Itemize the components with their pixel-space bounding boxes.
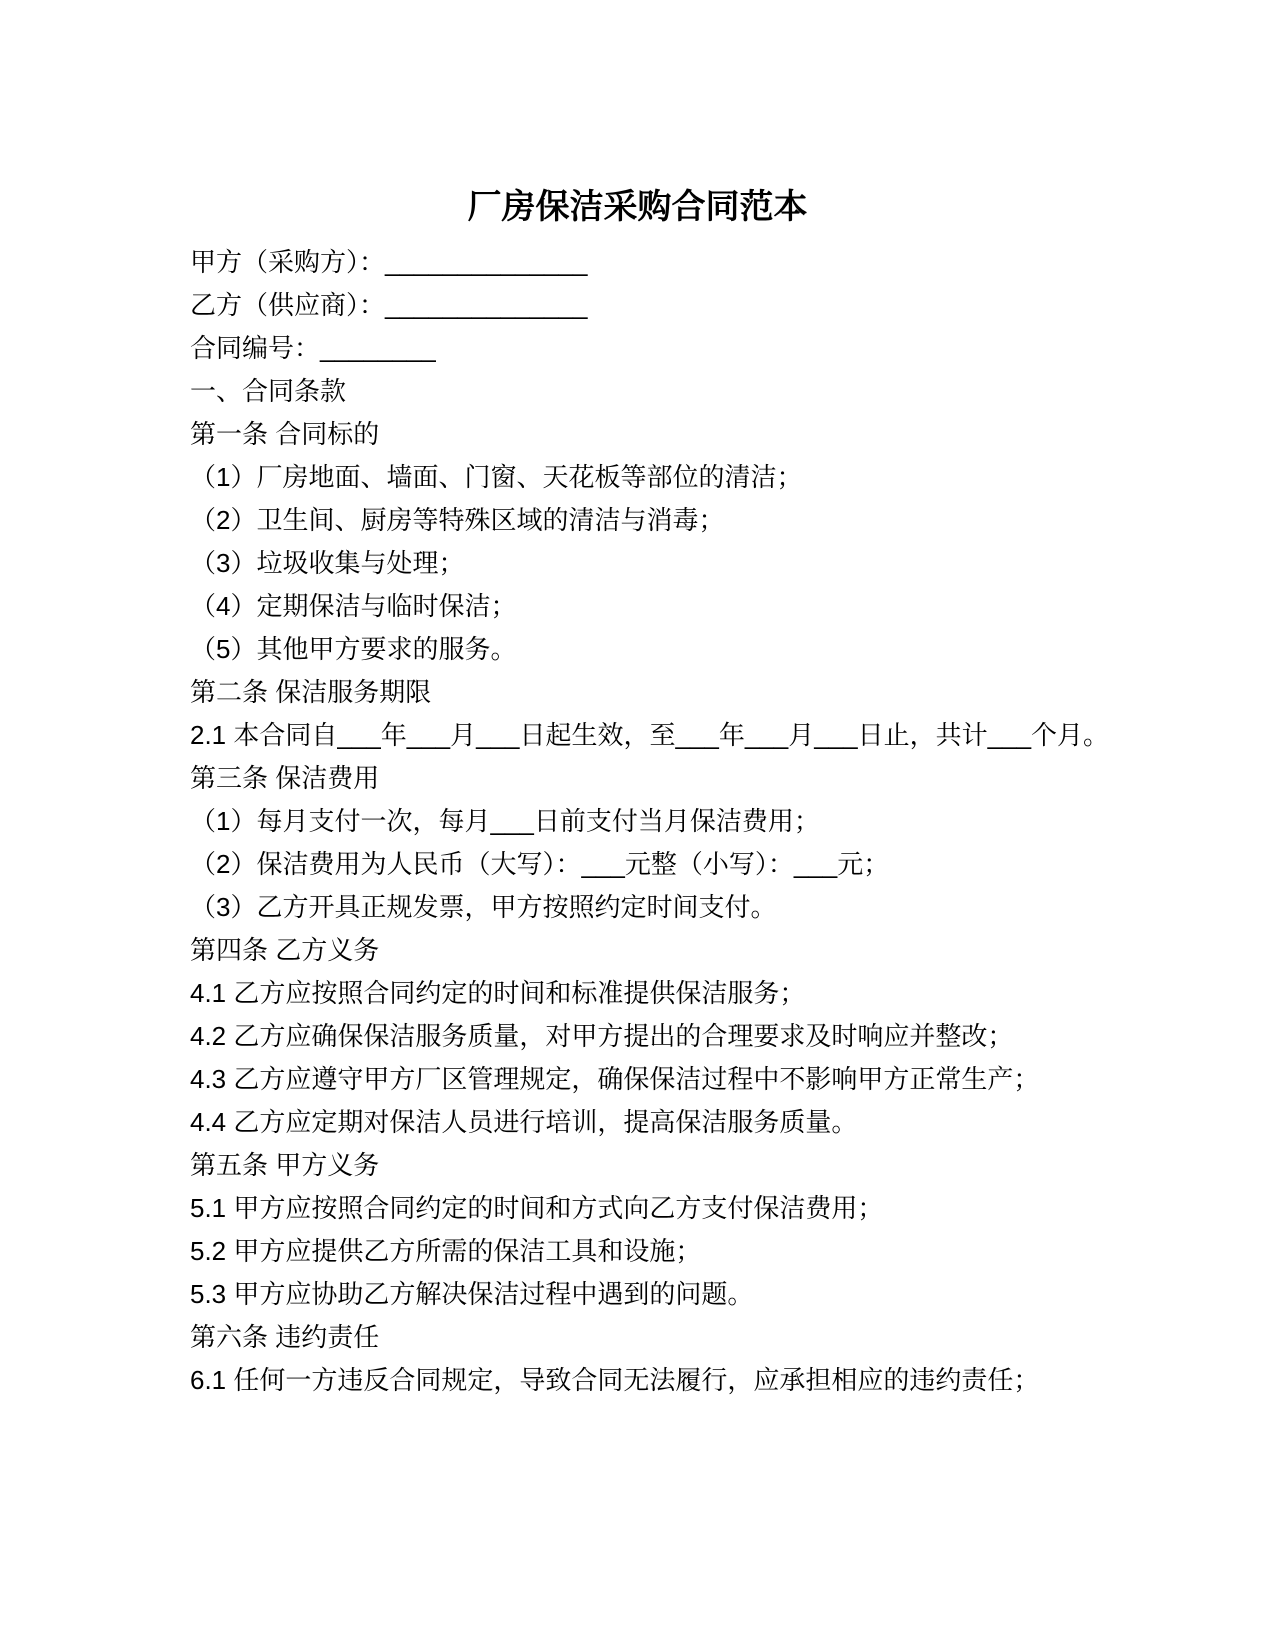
party-a-line: 甲方（采购方）：______________ xyxy=(190,241,1085,284)
article-4-clause-4-2: 4.2 乙方应确保保洁服务质量，对甲方提出的合理要求及时响应并整改； xyxy=(190,1015,1085,1058)
article-1-item-1: （1）厂房地面、墙面、门窗、天花板等部位的清洁； xyxy=(190,456,1085,499)
article-3-heading: 第三条 保洁费用 xyxy=(190,757,1085,800)
article-4-clause-4-4: 4.4 乙方应定期对保洁人员进行培训，提高保洁服务质量。 xyxy=(190,1101,1085,1144)
article-3-item-2: （2）保洁费用为人民币（大写）：___元整（小写）：___元； xyxy=(190,843,1085,886)
article-5-heading: 第五条 甲方义务 xyxy=(190,1144,1085,1187)
contract-page: 厂房保洁采购合同范本 甲方（采购方）：______________ 乙方（供应商… xyxy=(0,0,1275,1650)
article-5-clause-5-1: 5.1 甲方应按照合同约定的时间和方式向乙方支付保洁费用； xyxy=(190,1187,1085,1230)
party-b-line: 乙方（供应商）：______________ xyxy=(190,284,1085,327)
terms-section-heading: 一、合同条款 xyxy=(190,370,1085,413)
article-4-heading: 第四条 乙方义务 xyxy=(190,929,1085,972)
article-6-clause-6-1: 6.1 任何一方违反合同规定，导致合同无法履行，应承担相应的违约责任； xyxy=(190,1359,1085,1402)
article-5-clause-5-3: 5.3 甲方应协助乙方解决保洁过程中遇到的问题。 xyxy=(190,1273,1085,1316)
article-2-heading: 第二条 保洁服务期限 xyxy=(190,671,1085,714)
article-1-item-4: （4）定期保洁与临时保洁； xyxy=(190,585,1085,628)
document-title: 厂房保洁采购合同范本 xyxy=(190,0,1085,229)
article-1-heading: 第一条 合同标的 xyxy=(190,413,1085,456)
article-4-clause-4-3: 4.3 乙方应遵守甲方厂区管理规定，确保保洁过程中不影响甲方正常生产； xyxy=(190,1058,1085,1101)
article-2-clause-2-1: 2.1 本合同自___年___月___日起生效，至___年___月___日止，共… xyxy=(190,714,1085,757)
article-1-item-2: （2）卫生间、厨房等特殊区域的清洁与消毒； xyxy=(190,499,1085,542)
contract-body: 甲方（采购方）：______________ 乙方（供应商）：_________… xyxy=(190,241,1085,1402)
article-4-clause-4-1: 4.1 乙方应按照合同约定的时间和标准提供保洁服务； xyxy=(190,972,1085,1015)
article-1-item-3: （3）垃圾收集与处理； xyxy=(190,542,1085,585)
article-3-item-1: （1）每月支付一次，每月___日前支付当月保洁费用； xyxy=(190,800,1085,843)
article-6-heading: 第六条 违约责任 xyxy=(190,1316,1085,1359)
article-5-clause-5-2: 5.2 甲方应提供乙方所需的保洁工具和设施； xyxy=(190,1230,1085,1273)
article-1-item-5: （5）其他甲方要求的服务。 xyxy=(190,628,1085,671)
article-3-item-3: （3）乙方开具正规发票，甲方按照约定时间支付。 xyxy=(190,886,1085,929)
contract-number-line: 合同编号：________ xyxy=(190,327,1085,370)
contract-document: 厂房保洁采购合同范本 甲方（采购方）：______________ 乙方（供应商… xyxy=(190,0,1085,1402)
